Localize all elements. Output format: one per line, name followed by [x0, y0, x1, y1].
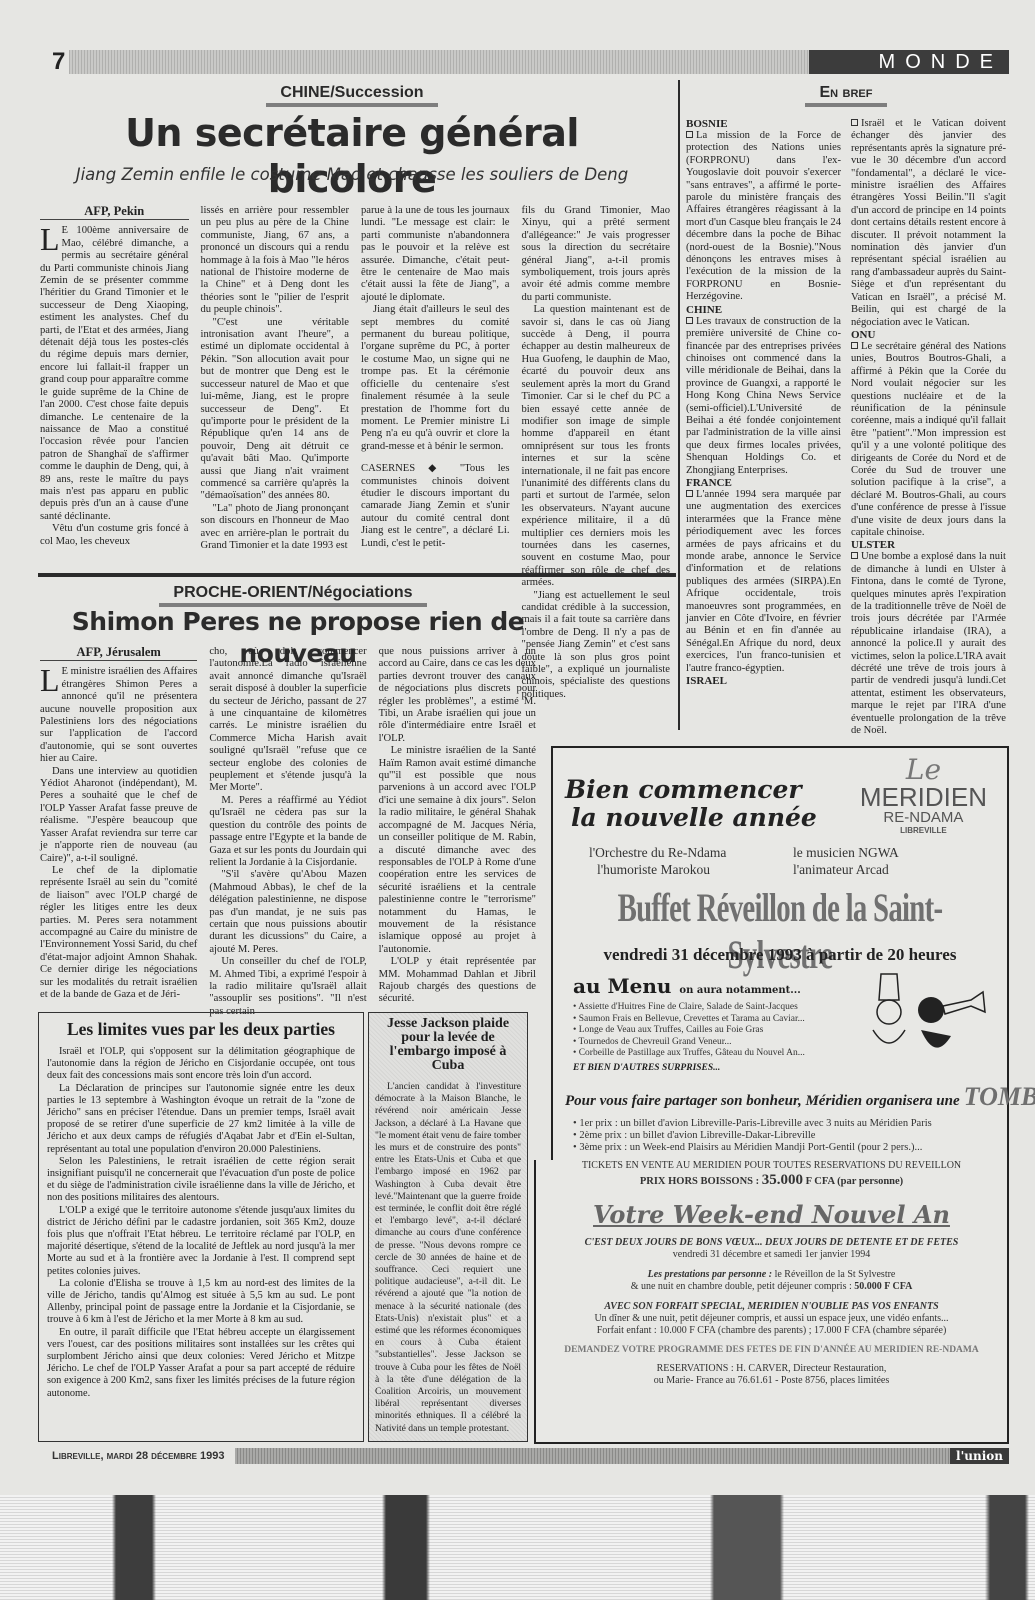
section-title: MONDE: [809, 50, 1009, 74]
prestations: Les prestations par personne : le Réveil…: [536, 1269, 1007, 1281]
checkbox-bullet-icon: [686, 317, 693, 324]
china-deck: Jiang Zemin enfile le costume Mao et cha…: [40, 165, 664, 184]
page-footer-bar: Libreville, mardi 28 décembre 1993 l'uni…: [52, 1448, 1009, 1464]
peres-col-1: AFP, Jérusalem LE ministre israélien des…: [40, 646, 197, 1006]
en-bref-body: BOSNIE La mission de la Force de protect…: [686, 118, 1006, 730]
china-col-1: AFP, Pekin LE 100ème anniversaire de Mao…: [40, 205, 189, 563]
meridien-advertisement: Bien commencer la nouvelle année Le MERI…: [551, 746, 1009, 1166]
meridien-advertisement-continued: TICKETS EN VENTE AU MERIDIEN POUR TOUTES…: [534, 1160, 1009, 1444]
tombola-prizes: 1er prix : un billet d'avion Libreville-…: [573, 1118, 932, 1154]
price-line: PRIX HORS BOISSONS : 35.000 F CFA (par p…: [536, 1174, 1007, 1188]
menu-list: Assiette d'Huitres Fine de Claire, Salad…: [573, 1002, 805, 1060]
china-headline: Un secrétaire général bicolore: [40, 110, 664, 202]
china-col-3: parue à la une de tous les journaux lund…: [361, 205, 510, 563]
tombola-line: Pour vous faire partager son bonheur, Mé…: [565, 1082, 1035, 1112]
china-col-4: fils du Grand Timonier, Mao Xinyu, qui a…: [522, 205, 671, 563]
scanner-background: [0, 1495, 1035, 1600]
weekend-title: Votre Week-end Nouvel An: [536, 1200, 1007, 1229]
newspaper-page: 7 MONDE CHINE/Succession Un secrétaire g…: [0, 0, 1035, 1495]
china-article-body: AFP, Pekin LE 100ème anniversaire de Mao…: [40, 205, 670, 563]
peres-article-body: AFP, Jérusalem LE ministre israélien des…: [40, 646, 536, 1006]
checkbox-bullet-icon: [851, 342, 858, 349]
checkbox-bullet-icon: [686, 131, 693, 138]
peres-col-2: cho, où doit commencer l'autonomie.La ra…: [209, 646, 366, 1006]
ad-artists-left: l'Orchestre du Re-Ndama l'humoriste Maro…: [589, 844, 726, 878]
program-note: DEMANDEZ VOTRE PROGRAMME DES FETES DE FI…: [536, 1345, 1007, 1355]
china-kicker: CHINE/Succession: [40, 84, 664, 107]
page-header-bar: 7 MONDE: [52, 50, 1009, 74]
checkbox-bullet-icon: [851, 119, 858, 126]
checkbox-bullet-icon: [851, 552, 858, 559]
meridien-logo: Le MERIDIEN RE-NDAMA LIBREVILLE: [860, 756, 987, 835]
limites-sidebar-box: Les limites vues par les deux parties Is…: [38, 1012, 364, 1442]
weekend-tagline: C'EST DEUX JOURS DE BONS VŒUX... DEUX JO…: [536, 1237, 1007, 1249]
en-bref-col-2: Israël et le Vatican doivent échanger dè…: [851, 118, 1006, 730]
page-number: 7: [52, 48, 69, 76]
jackson-sidebar-box: Jesse Jackson plaide pour la levée de l'…: [368, 1012, 528, 1442]
ad-artists-right: le musicien NGWA l'animateur Arcad: [793, 844, 899, 878]
dropcap: L: [40, 667, 60, 693]
en-bref-col-1: BOSNIE La mission de la Force de protect…: [686, 118, 841, 730]
peres-byline: AFP, Jérusalem: [40, 646, 197, 661]
checkbox-bullet-icon: [686, 490, 693, 497]
kids-title: AVEC SON FORFAIT SPECIAL, MERIDIEN N'OUB…: [536, 1301, 1007, 1313]
menu-title: au Menuon aura notamment...: [573, 974, 801, 998]
peres-kicker: PROCHE-ORIENT/Négociations: [38, 584, 548, 607]
newspaper-brand: l'union: [950, 1448, 1009, 1464]
column-divider: [678, 80, 680, 730]
dateline: Libreville, mardi 28 décembre 1993: [52, 1448, 235, 1464]
peres-col-3: que nous puissions arriver à un accord a…: [379, 646, 536, 1006]
surprises-note: ET BIEN D'AUTRES SURPRISES...: [573, 1063, 720, 1073]
tickets-line: TICKETS EN VENTE AU MERIDIEN POUR TOUTES…: [536, 1160, 1007, 1172]
section-rule: [38, 573, 676, 577]
dropcap: L: [40, 226, 60, 252]
reservations: RESERVATIONS : H. CARVER, Directeur Rest…: [536, 1363, 1007, 1375]
event-date: vendredi 31 décembre 1993 à partir de 20…: [553, 945, 1007, 965]
chef-trumpet-illustration-icon: [861, 970, 991, 1062]
jackson-title: Jesse Jackson plaide pour la levée de l'…: [375, 1017, 521, 1073]
en-bref-title: En bref: [686, 84, 1006, 107]
china-col-2: lissés en arrière pour ressembler un peu…: [201, 205, 350, 563]
limites-title: Les limites vues par les deux parties: [47, 1019, 355, 1040]
ad-headline: Bien commencer la nouvelle année: [565, 776, 817, 832]
weekend-dates: vendredi 31 décembre et samedi 1er janvi…: [536, 1249, 1007, 1261]
china-byline: AFP, Pekin: [40, 205, 189, 220]
